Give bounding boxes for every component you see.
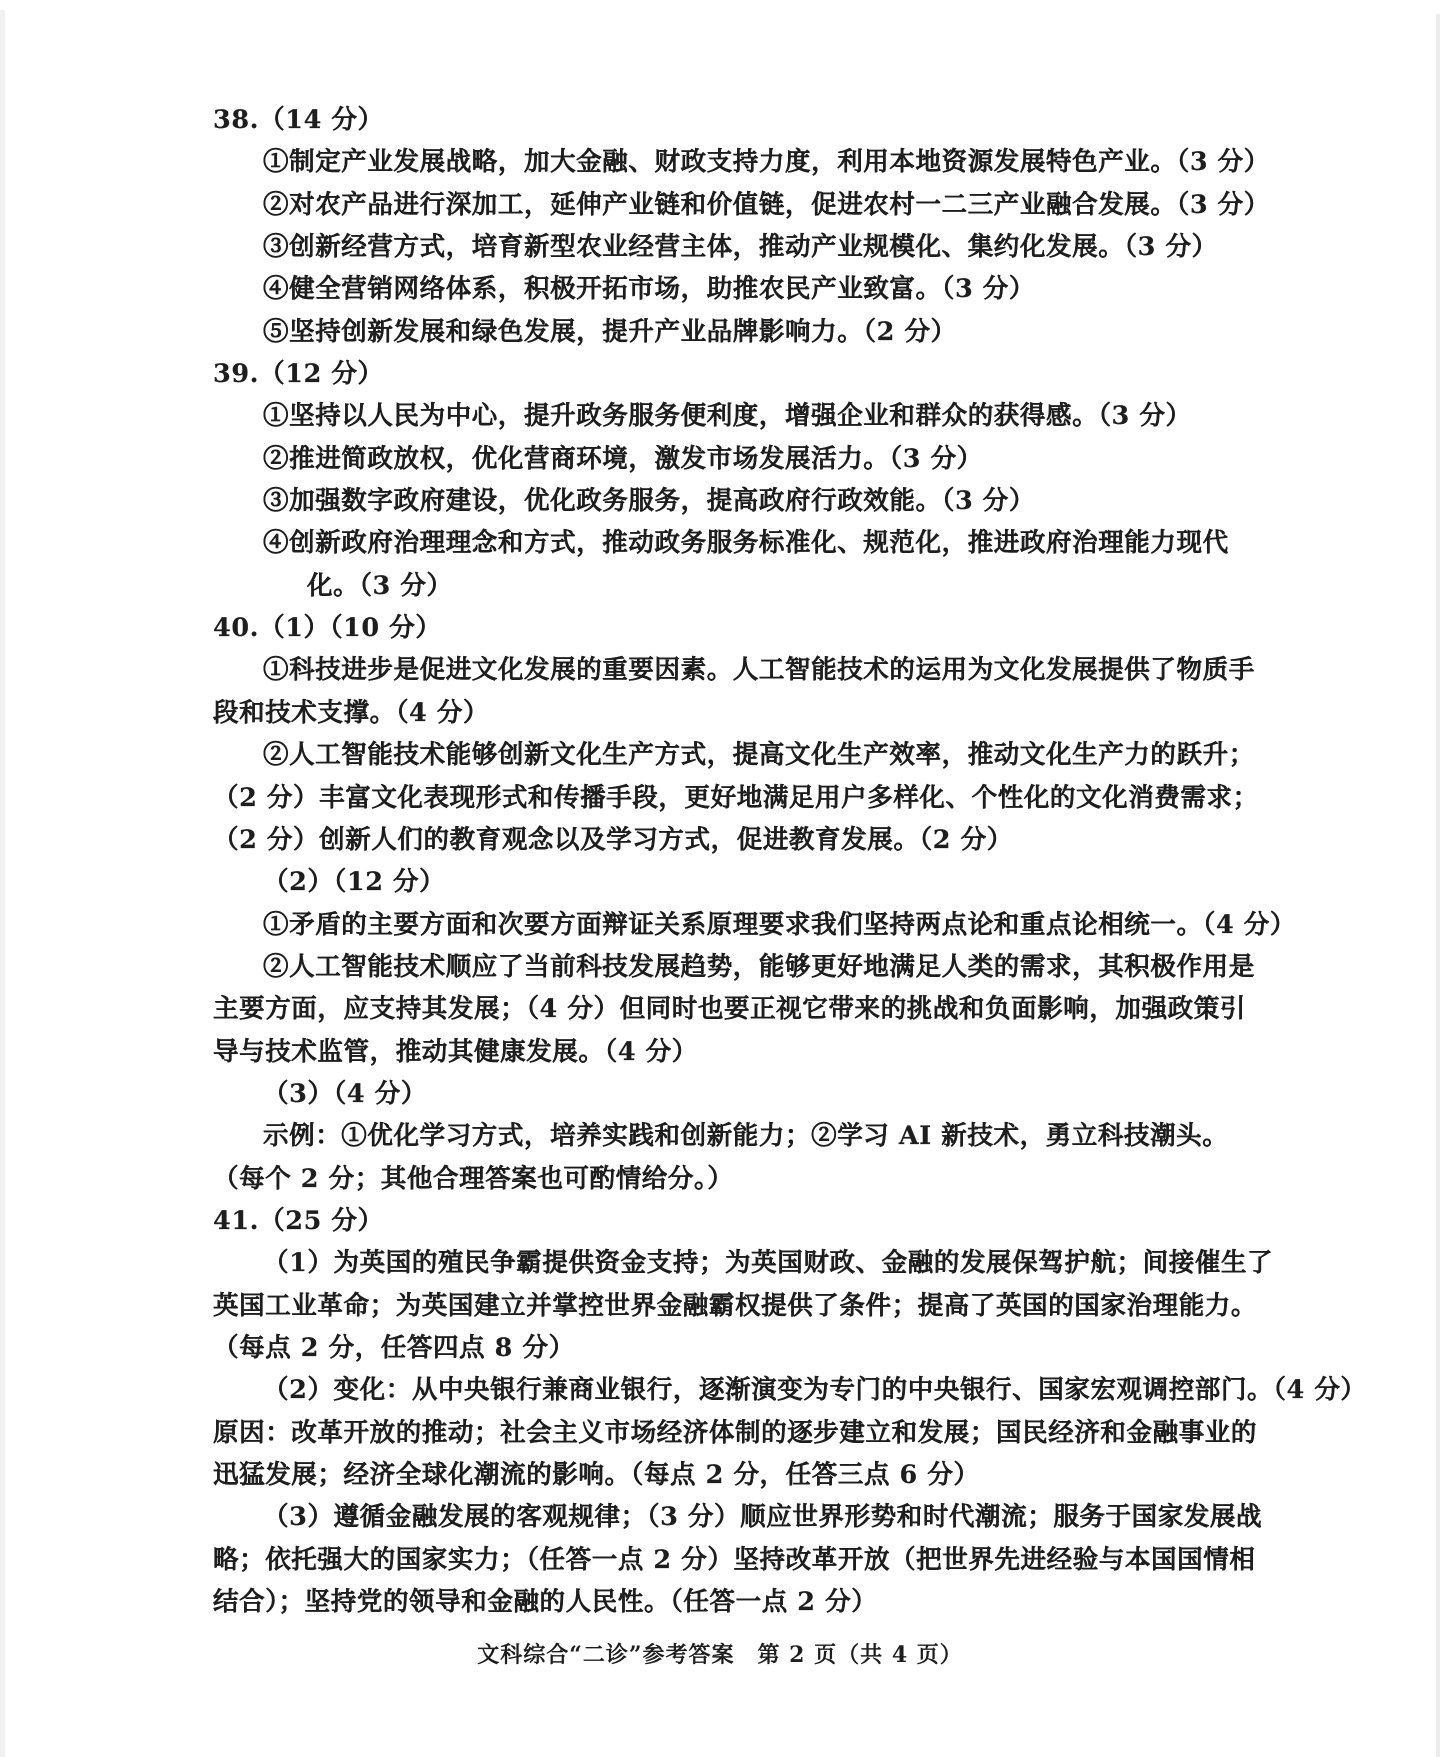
q39-item-4: ④创新政府治理理念和方式，推动政务服务标准化、规范化，推进政府治理能力现代 <box>213 522 1225 564</box>
page-edge-left <box>0 10 5 1757</box>
question-38-heading: 38.（14 分） <box>213 99 1225 141</box>
q41-1-line2: 英国工业革命；为英国建立并掌控世界金融霸权提供了条件；提高了英国的国家治理能力。 <box>213 1285 1225 1327</box>
q40-2-para2-line3: 导与技术监管，推动其健康发展。（4 分） <box>213 1031 1225 1073</box>
q41-2-line3: 迅猛发展；经济全球化潮流的影响。（每点 2 分，任答三点 6 分） <box>213 1454 1225 1496</box>
q41-1-line1: （1）为英国的殖民争霸提供资金支持；为英国财政、金融的发展保驾护航；间接催生了 <box>213 1242 1225 1284</box>
q40-1-para1-line2: 段和技术支撑。（4 分） <box>213 692 1225 734</box>
question-39-heading: 39.（12 分） <box>213 353 1225 395</box>
q40-1-para2-line2: （2 分）丰富文化表现形式和传播手段，更好地满足用户多样化、个性化的文化消费需求… <box>213 777 1225 819</box>
q41-3-line1: （3）遵循金融发展的客观规律；（3 分）顺应世界形势和时代潮流；服务于国家发展战 <box>213 1496 1225 1538</box>
q39-item-2: ②推进简政放权，优化营商环境，激发市场发展活力。（3 分） <box>213 438 1225 480</box>
q40-2-para2-line1: ②人工智能技术顺应了当前科技发展趋势，能够更好地满足人类的需求，其积极作用是 <box>213 946 1225 988</box>
q41-3-line3: 结合）；坚持党的领导和金融的人民性。（任答一点 2 分） <box>213 1581 1225 1623</box>
page-edge-right <box>1436 14 1440 1757</box>
q40-2-para2-line2: 主要方面，应支持其发展；（4 分）但同时也要正视它带来的挑战和负面影响，加强政策… <box>213 988 1225 1030</box>
q39-item-3: ③加强数字政府建设，优化政务服务，提高政府行政效能。（3 分） <box>213 480 1225 522</box>
q40-2-para1: ①矛盾的主要方面和次要方面辩证关系原理要求我们坚持两点论和重点论相统一。（4 分… <box>213 904 1225 946</box>
q38-item-2: ②对农产品进行深加工，延伸产业链和价值链，促进农村一二三产业融合发展。（3 分） <box>213 184 1225 226</box>
q40-1-para2-line1: ②人工智能技术能够创新文化生产方式，提高文化生产效率，推动文化生产力的跃升； <box>213 734 1225 776</box>
q40-2-heading: （2）（12 分） <box>213 861 1225 903</box>
q40-3-example-line2: （每个 2 分；其他合理答案也可酌情给分。） <box>213 1158 1225 1200</box>
q41-3-line2: 略；依托强大的国家实力；（任答一点 2 分）坚持改革开放（把世界先进经验与本国国… <box>213 1539 1225 1581</box>
q39-item-1: ①坚持以人民为中心，提升政务服务便利度，增强企业和群众的获得感。（3 分） <box>213 395 1225 437</box>
q40-3-heading: （3）（4 分） <box>213 1073 1225 1115</box>
question-40-heading: 40.（1）（10 分） <box>213 607 1225 649</box>
q41-2-line1: （2）变化：从中央银行兼商业银行，逐渐演变为专门的中央银行、国家宏观调控部门。（… <box>213 1369 1225 1411</box>
page-footer: 文科综合“二诊”参考答案 第 2 页（共 4 页） <box>0 1638 1440 1669</box>
q41-2-line2: 原因：改革开放的推动；社会主义市场经济体制的逐步建立和发展；国民经济和金融事业的 <box>213 1412 1225 1454</box>
q41-1-line3: （每点 2 分，任答四点 8 分） <box>213 1327 1225 1369</box>
answer-key-page: 38.（14 分） ①制定产业发展战略，加大金融、财政支持力度，利用本地资源发展… <box>213 99 1225 1623</box>
q38-item-1: ①制定产业发展战略，加大金融、财政支持力度，利用本地资源发展特色产业。（3 分） <box>213 141 1225 183</box>
q38-item-3: ③创新经营方式，培育新型农业经营主体，推动产业规模化、集约化发展。（3 分） <box>213 226 1225 268</box>
q39-item-4-cont: 化。（3 分） <box>213 565 1225 607</box>
question-41-heading: 41.（25 分） <box>213 1200 1225 1242</box>
q40-3-example-line1: 示例：①优化学习方式，培养实践和创新能力；②学习 AI 新技术，勇立科技潮头。 <box>213 1115 1225 1157</box>
q38-item-4: ④健全营销网络体系，积极开拓市场，助推农民产业致富。（3 分） <box>213 268 1225 310</box>
q38-item-5: ⑤坚持创新发展和绿色发展，提升产业品牌影响力。（2 分） <box>213 311 1225 353</box>
q40-1-para1-line1: ①科技进步是促进文化发展的重要因素。人工智能技术的运用为文化发展提供了物质手 <box>213 649 1225 691</box>
q40-1-para2-line3: （2 分）创新人们的教育观念以及学习方式，促进教育发展。（2 分） <box>213 819 1225 861</box>
